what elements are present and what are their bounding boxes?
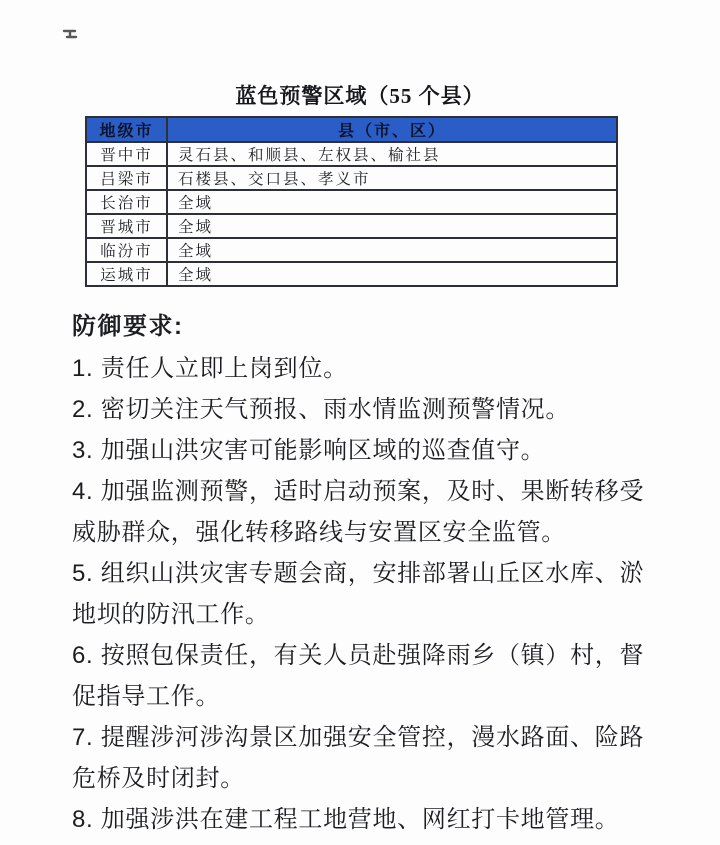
table-row: 吕梁市石楼县、交口县、孝义市	[86, 166, 617, 190]
counties-cell: 全域	[167, 238, 617, 262]
table-header-row: 地级市 县（市、区）	[86, 117, 617, 142]
table-row: 临汾市全域	[86, 238, 617, 262]
requirement-item: 2. 密切关注天气预报、雨水情监测预警情况。	[72, 389, 658, 430]
city-cell: 临汾市	[86, 238, 167, 262]
requirement-item: 6. 按照包保责任，有关人员赴强降雨乡（镇）村，督 促指导工作。	[72, 635, 658, 717]
city-cell: 吕梁市	[86, 166, 167, 190]
city-cell: 运城市	[86, 262, 167, 286]
city-cell: 晋城市	[86, 214, 167, 238]
requirement-item: 4. 加强监测预警，适时启动预案，及时、果断转移受 威胁群众，强化转移路线与安置…	[72, 471, 658, 553]
requirement-item: 7. 提醒涉河涉沟景区加强安全管控，漫水路面、险路 危桥及时闭封。	[72, 717, 658, 799]
counties-cell: 灵石县、和顺县、左权县、榆社县	[167, 142, 617, 166]
column-header-counties: 县（市、区）	[167, 117, 617, 142]
requirement-item: 8. 加强涉洪在建工程工地营地、网红打卡地管理。	[72, 799, 658, 840]
column-header-city: 地级市	[86, 117, 167, 142]
counties-cell: 全域	[167, 214, 617, 238]
city-cell: 长治市	[86, 190, 167, 214]
ink-smudge-artifact	[62, 28, 80, 40]
counties-cell: 石楼县、交口县、孝义市	[167, 166, 617, 190]
page-title: 蓝色预警区域（55 个县）	[0, 80, 720, 110]
requirements-list: 1. 责任人立即上岗到位。2. 密切关注天气预报、雨水情监测预警情况。3. 加强…	[72, 348, 658, 840]
requirement-item: 5. 组织山洪灾害专题会商，安排部署山丘区水库、淤 地坝的防汛工作。	[72, 553, 658, 635]
requirement-item: 3. 加强山洪灾害可能影响区域的巡查值守。	[72, 430, 658, 471]
section-heading: 防御要求:	[72, 306, 658, 348]
table-body: 晋中市灵石县、和顺县、左权县、榆社县吕梁市石楼县、交口县、孝义市长治市全域晋城市…	[86, 142, 617, 286]
city-cell: 晋中市	[86, 142, 167, 166]
counties-cell: 全域	[167, 190, 617, 214]
table-row: 长治市全域	[86, 190, 617, 214]
counties-cell: 全域	[167, 262, 617, 286]
document-page: 蓝色预警区域（55 个县） 地级市 县（市、区） 晋中市灵石县、和顺县、左权县、…	[0, 0, 720, 845]
table-row: 运城市全域	[86, 262, 617, 286]
warning-region-table: 地级市 县（市、区） 晋中市灵石县、和顺县、左权县、榆社县吕梁市石楼县、交口县、…	[85, 116, 618, 287]
table-row: 晋中市灵石县、和顺县、左权县、榆社县	[86, 142, 617, 166]
table-row: 晋城市全域	[86, 214, 617, 238]
defense-requirements-section: 防御要求: 1. 责任人立即上岗到位。2. 密切关注天气预报、雨水情监测预警情况…	[72, 306, 658, 840]
requirement-item: 1. 责任人立即上岗到位。	[72, 348, 658, 389]
